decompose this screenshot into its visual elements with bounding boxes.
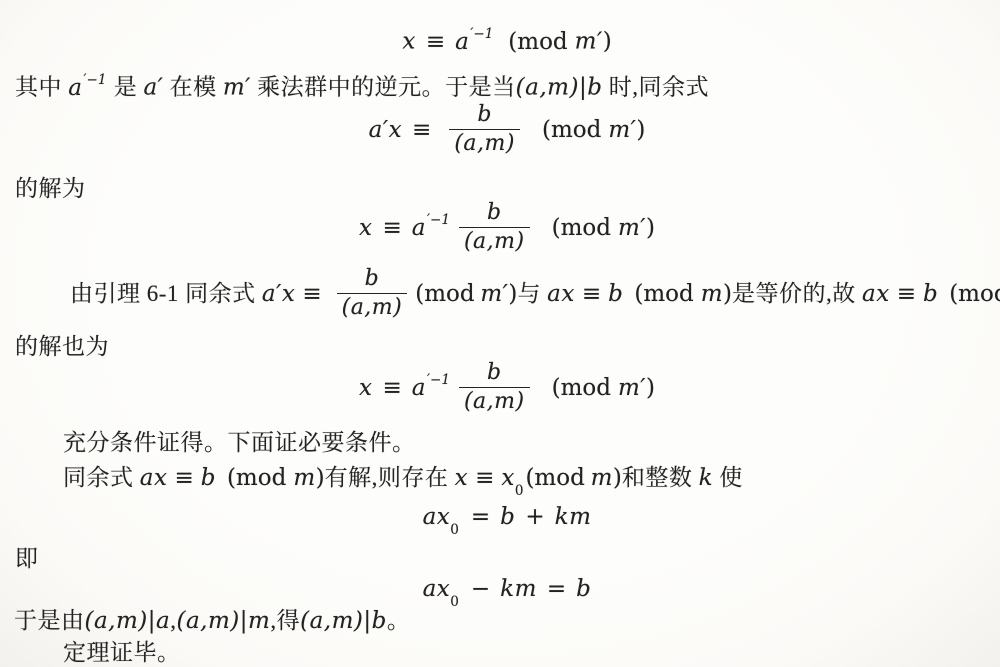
math-variable-x: x (359, 215, 372, 241)
chinese-text: 是等价的,故 (732, 281, 862, 306)
math-variable-x: x (402, 29, 415, 55)
fraction-denominator: (a,m) (459, 227, 530, 255)
math-variable-k: k (699, 465, 713, 491)
chinese-text: 是 (107, 75, 143, 100)
paren-close: ) (646, 215, 655, 241)
equiv-symbol: ≡ (897, 281, 916, 307)
display-formula-ax0-equals: ax0=b+km (0, 504, 1000, 534)
fraction-denominator: (a,m) (337, 293, 408, 321)
mod-open: (mod (227, 465, 286, 491)
chinese-text: 定理证毕。 (63, 640, 181, 665)
chinese-text: 有解,则存在 (325, 465, 455, 490)
chinese-text: 乘法群中的逆元。于是当 (251, 75, 516, 100)
plus-symbol: + (525, 504, 544, 530)
chinese-text: 在模 (163, 75, 223, 100)
equiv-symbol: ≡ (302, 281, 321, 307)
math-divisibility-am-b: (a,m)|b (516, 75, 603, 101)
equiv-symbol: ≡ (582, 281, 601, 307)
math-variable-m-prime: m′ (223, 75, 251, 101)
equals-symbol: = (471, 504, 490, 530)
chinese-text: 同余式 (63, 465, 140, 490)
math-variable-b: b (608, 281, 623, 307)
math-variable-ax: ax (140, 465, 168, 491)
display-formula-apx: a′x≡b(a,m)(modm′) (0, 104, 1000, 159)
math-divisibility-am-a: (a,m)|a (85, 608, 171, 634)
fraction-numerator: b (481, 200, 508, 227)
paragraph-solution-is: 的解为 (15, 174, 86, 204)
math-divisibility-am-b: (a,m)|b (300, 608, 387, 634)
paragraph-inverse-definition: 其中 a′−1 是 a′ 在模 m′ 乘法群中的逆元。于是当(a,m)|b 时,… (15, 67, 709, 103)
math-variable-km: km (555, 504, 592, 530)
subscript-zero: 0 (515, 483, 524, 499)
subscript-zero: 0 (450, 522, 459, 538)
paren-close: ) (646, 375, 655, 401)
paragraph-divisibility-conclusion: 于是由(a,m)|a,(a,m)|m,得(a,m)|b。 (14, 606, 410, 636)
chinese-text: 使 (713, 465, 743, 490)
chinese-text: 和整数 (622, 465, 699, 490)
fraction: b(a,m) (459, 360, 530, 415)
mod-open: (mod (415, 281, 474, 307)
math-variable-ax: ax (423, 504, 451, 530)
paragraph-sufficient-condition: 充分条件证得。下面证必要条件。 (63, 428, 416, 458)
math-variable-m-prime: m′ (480, 281, 508, 307)
subscript-zero: 0 (450, 594, 459, 610)
display-formula-solution-2: x≡a′−1b(a,m)(modm′) (0, 362, 1000, 417)
fraction-denominator: (a,m) (459, 387, 530, 415)
mod-open: (mod (552, 215, 611, 241)
superscript-prime-inverse: ′−1 (83, 72, 106, 88)
paren-close: ) (723, 281, 732, 307)
paragraph-necessary-condition: 同余式 ax≡b(modm)有解,则存在 x≡x0(mod m)和整数 k 使 (63, 463, 743, 502)
x0-group: x0 (501, 465, 525, 490)
math-variable-b: b (576, 576, 591, 602)
paren-close: ) (613, 465, 622, 491)
mod-open: (mod (542, 117, 601, 143)
mod-open: (mod (634, 281, 693, 307)
math-variable-a: a (412, 215, 426, 241)
chinese-text: 与 (517, 281, 547, 306)
superscript-prime-inverse: ′−1 (427, 372, 450, 388)
mod-open: (mod (949, 281, 1000, 307)
math-variable-km: km (500, 576, 537, 602)
math-variable-b: b (201, 465, 216, 491)
math-divisibility-am-m: (a,m)|m (177, 608, 271, 634)
chinese-text: 由引理 6-1 同余式 (70, 281, 262, 306)
math-variable-a: a (455, 29, 469, 55)
chinese-text: 于是由 (14, 608, 85, 633)
mod-open: (mod (552, 375, 611, 401)
math-variable-m: m (293, 465, 315, 491)
paren-close: ) (316, 465, 325, 491)
equiv-symbol: ≡ (382, 215, 401, 241)
mod-open: (mod (508, 29, 567, 55)
ax0-group: ax0 (423, 504, 461, 529)
math-variable-m-prime: m′ (618, 375, 646, 401)
chinese-text: 的解为 (15, 176, 86, 201)
math-variable-ax: ax (423, 576, 451, 602)
math-variable-m: m (701, 281, 723, 307)
math-variable-m: m (591, 465, 613, 491)
paragraph-lemma-equivalence: 由引理 6-1 同余式 a′x≡b(a,m)(mod m′)与 ax≡b(mod… (70, 268, 1000, 323)
paragraph-qed: 定理证毕。 (63, 638, 181, 667)
math-variable-a: a (412, 375, 426, 401)
a-inverse-group: a′−1 (68, 75, 107, 100)
math-variable-a: a (68, 75, 82, 101)
period: 。 (387, 608, 411, 633)
fraction-denominator: (a,m) (449, 129, 520, 157)
paragraph-solution-also-is: 的解也为 (15, 332, 109, 362)
fraction: b(a,m) (459, 200, 530, 255)
equiv-symbol: ≡ (426, 29, 445, 55)
math-variable-m-prime: m′ (608, 117, 636, 143)
a-inverse-group: a′−1 (412, 375, 451, 400)
math-variable-apx: a′x (369, 117, 402, 143)
fraction: b(a,m) (449, 102, 520, 157)
math-variable-x: x (359, 375, 372, 401)
superscript-prime-inverse: ′−1 (427, 212, 450, 228)
fraction-numerator: b (359, 266, 386, 293)
paren-close: ) (603, 29, 612, 55)
chinese-text: 时,同余式 (602, 75, 709, 100)
paren-close: ) (636, 117, 645, 143)
math-variable-x: x (455, 465, 468, 491)
math-variable-ax: ax (547, 281, 575, 307)
display-formula-x-equiv-ainv: x≡a′−1(modm′) (0, 28, 1000, 55)
ax0-group: ax0 (423, 576, 461, 601)
display-formula-solution-1: x≡a′−1b(a,m)(modm′) (0, 202, 1000, 257)
equals-symbol: = (547, 576, 566, 602)
chinese-text: 的解也为 (15, 334, 109, 359)
a-inverse-group: a′−1 (455, 29, 494, 54)
equiv-symbol: ≡ (412, 117, 431, 143)
superscript-prime-inverse: ′−1 (470, 26, 493, 42)
chinese-text: 充分条件证得。下面证必要条件。 (63, 430, 416, 455)
math-variable-b: b (923, 281, 938, 307)
math-variable-ax: ax (862, 281, 890, 307)
equiv-symbol: ≡ (174, 465, 193, 491)
math-variable-x: x (501, 465, 514, 491)
display-formula-ax0-minus: ax0−km=b (0, 576, 1000, 606)
chinese-text: 其中 (15, 75, 68, 100)
fraction-numerator: b (481, 360, 508, 387)
fraction: b(a,m) (337, 266, 408, 321)
equiv-symbol: ≡ (475, 465, 494, 491)
math-variable-apx: a′x (262, 281, 295, 307)
math-variable-m-prime: m′ (618, 215, 646, 241)
mod-open: (mod (525, 465, 584, 491)
a-inverse-group: a′−1 (412, 215, 451, 240)
math-variable-b: b (500, 504, 515, 530)
chinese-text: ,得 (270, 608, 300, 633)
fraction-numerator: b (471, 102, 498, 129)
math-variable-m-prime: m′ (575, 29, 603, 55)
chinese-text: 即 (15, 546, 39, 571)
paragraph-namely: 即 (15, 544, 39, 574)
minus-symbol: − (471, 576, 490, 602)
equiv-symbol: ≡ (382, 375, 401, 401)
math-variable-a-prime: a′ (143, 75, 163, 101)
